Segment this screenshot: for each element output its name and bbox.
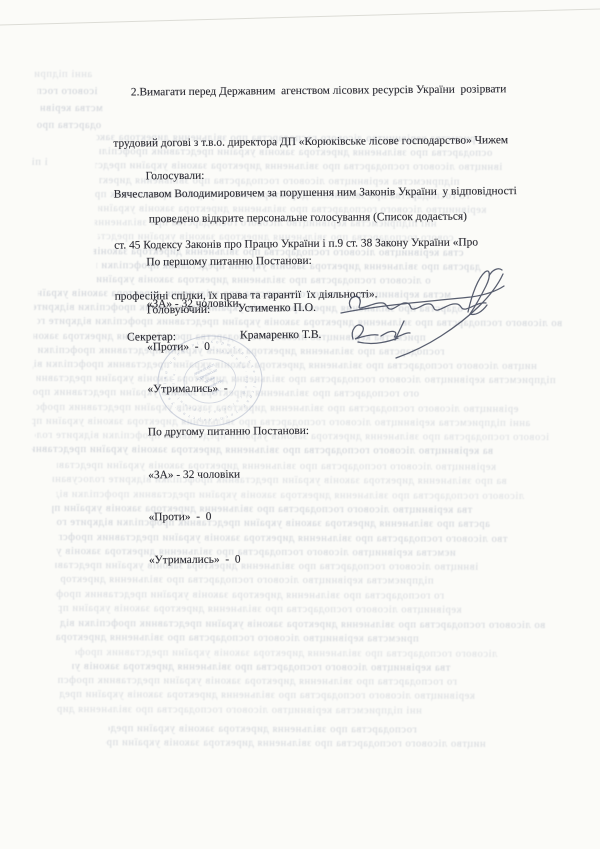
scanned-page: анні підприємства керівництво лісового г… bbox=[0, 0, 600, 849]
signatures-layer bbox=[0, 0, 600, 849]
secretary-signature bbox=[352, 321, 410, 343]
chairman-signature bbox=[341, 269, 504, 358]
